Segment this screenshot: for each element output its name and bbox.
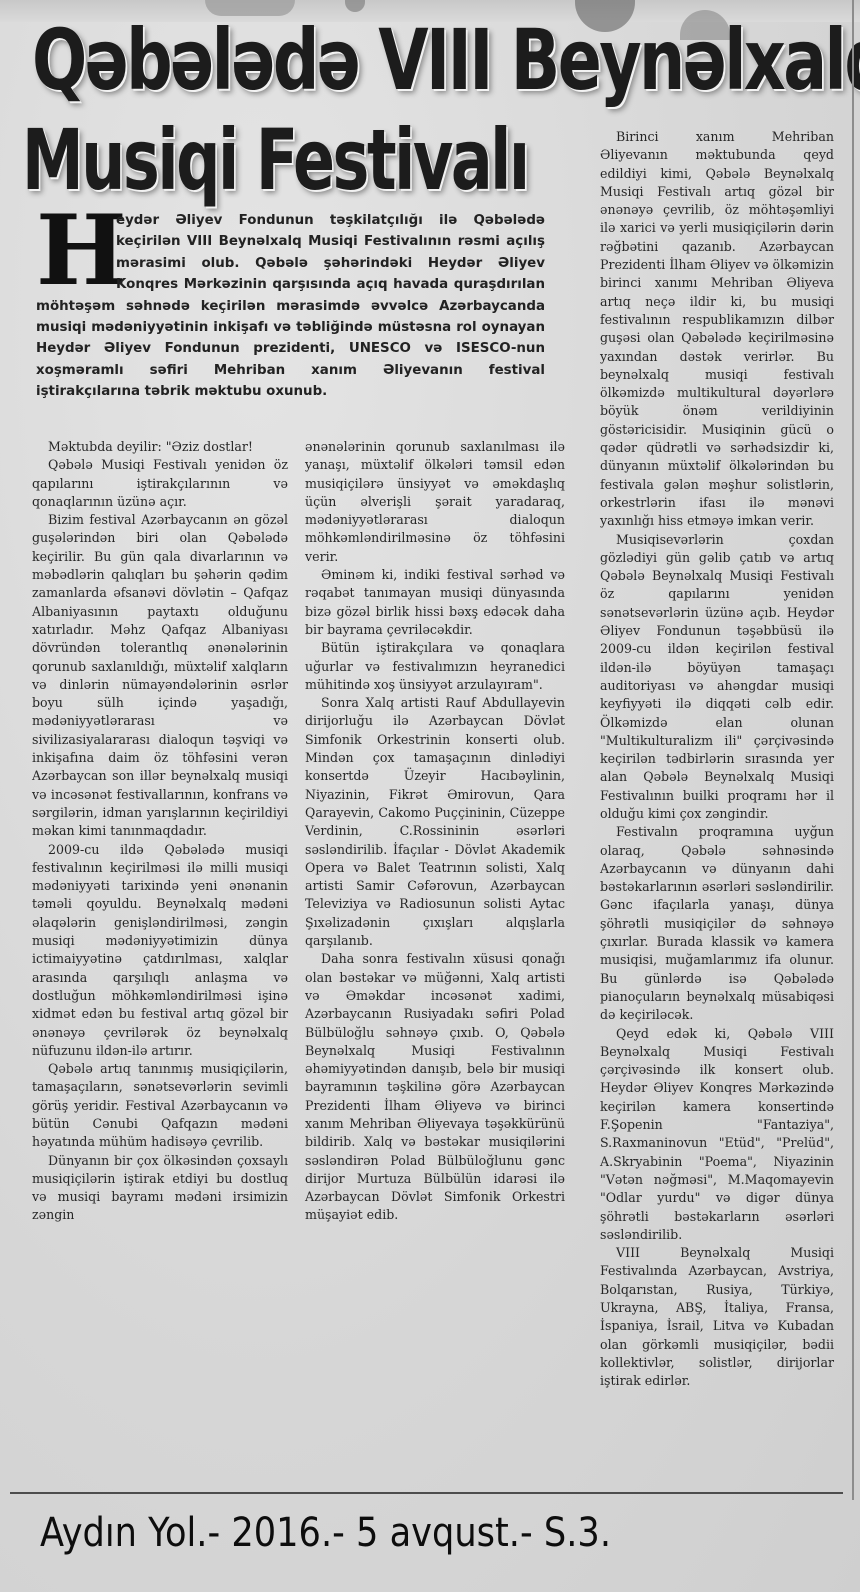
paragraph: Əminəm ki, indiki festival sərhəd və rəq… xyxy=(305,566,565,639)
paragraph: Məktubda deyilir: "Əziz dostlar! xyxy=(32,438,288,456)
paragraph: Bütün iştirakçılara və qonaqlara uğurlar… xyxy=(305,639,565,694)
paragraph: Qəbələ Musiqi Festivalı yenidən öz qapıl… xyxy=(32,456,288,511)
paragraph: Musiqisevərlərin çoxdan gözlədiyi gün gə… xyxy=(600,531,834,824)
drop-cap: H xyxy=(36,214,106,290)
paragraph: Daha sonra festivalın xüsusi qonağı olan… xyxy=(305,950,565,1224)
headline-line-1: Qəbələdə VIII Beynəlxalq xyxy=(32,18,860,102)
paragraph: Qəbələ artıq tanınmış musiqiçilərin, tam… xyxy=(32,1060,288,1151)
paragraph: Festivalın proqramına uyğun olaraq, Qəbə… xyxy=(600,823,834,1024)
paragraph: Qeyd edək ki, Qəbələ VIII Beynəlxalq Mus… xyxy=(600,1025,834,1245)
paragraph: Bizim festival Azərbaycanın ən gözəl guş… xyxy=(32,511,288,840)
column-middle: ənənələrinin qorunub saxlanılması ilə ya… xyxy=(305,438,565,1225)
bottom-rule xyxy=(10,1492,843,1494)
headline-line-2: Musiqi Festivalı xyxy=(22,118,528,202)
paragraph: VIII Beynəlxalq Musiqi Festivalında Azər… xyxy=(600,1244,834,1390)
paragraph: Dünyanın bir çox ölkəsindən çoxsaylı mus… xyxy=(32,1152,288,1225)
paragraph: Birinci xanım Mehriban Əliyevanın məktub… xyxy=(600,128,834,531)
source-citation: Aydın Yol.- 2016.- 5 avqust.- S.3. xyxy=(40,1510,611,1556)
column-right: Birinci xanım Mehriban Əliyevanın məktub… xyxy=(600,128,834,1390)
column-left: Məktubda deyilir: "Əziz dostlar! Qəbələ … xyxy=(32,438,288,1225)
paragraph: Sonra Xalq artisti Rauf Abdullayevin dir… xyxy=(305,694,565,950)
paragraph: 2009-cu ildə Qəbələdə musiqi festivalını… xyxy=(32,841,288,1061)
article-lead: Heydər Əliyev Fondunun təşkilatçılığı il… xyxy=(36,210,545,403)
paragraph: ənənələrinin qorunub saxlanılması ilə ya… xyxy=(305,438,565,566)
page-edge xyxy=(852,0,854,1500)
